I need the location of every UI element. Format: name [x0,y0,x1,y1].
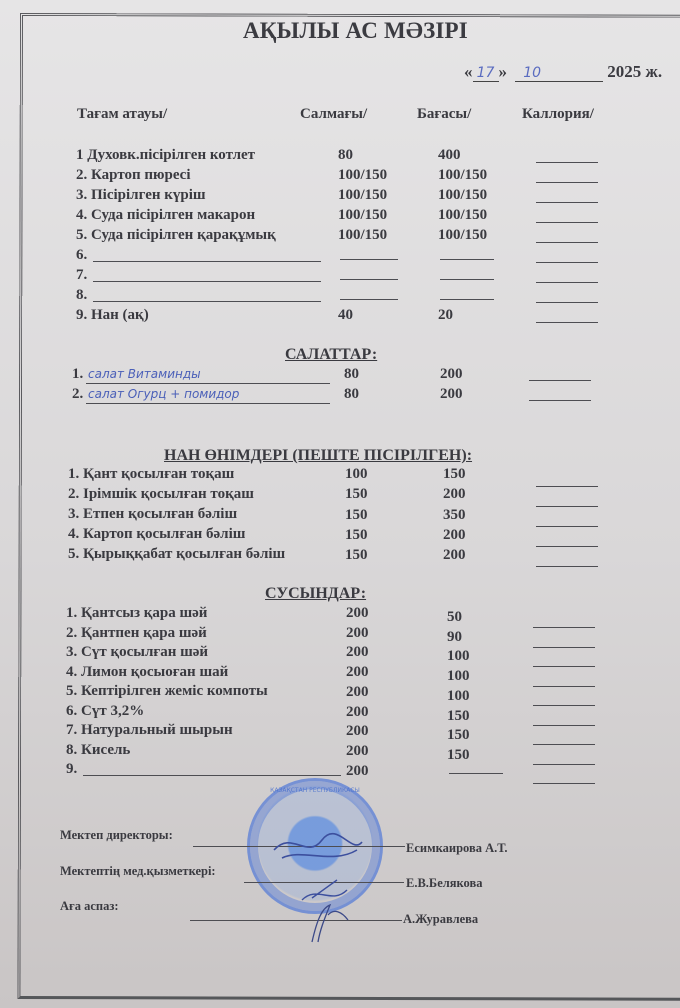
item-name: 4. Суда пісірілген макарон [76,207,255,224]
item-name: 1. Қантсыз қара шәй [66,605,207,622]
item-weight-blank [340,259,398,260]
date-month: 10 [515,65,603,82]
item-weight: 150 [345,527,368,544]
item-name: 5. Суда пісірілген қарақұмық [76,227,276,244]
item-price: 100/150 [438,167,487,184]
signature-name-medic: Е.В.Белякова [406,876,483,891]
item-weight: 200 [346,723,369,740]
close-quote: » [499,62,508,81]
drinks-heading: СУСЫНДАР: [265,585,366,603]
item-price-blank [440,259,494,260]
signature-role-chef: Аға аспаз: [60,899,119,914]
column-header-calories: Каллория/ [522,106,594,123]
handwritten-signatures [262,820,382,950]
item-name: 3. Пісірілген күріш [76,187,206,204]
item-calories-blank [536,506,598,507]
item-price: 90 [447,629,462,646]
item-price: 200 [443,547,466,564]
item-calories-blank [533,627,595,628]
item-name-blank [93,281,321,282]
item-weight: 200 [346,605,369,622]
item-name: 3. Етпен қосылған бәліш [68,506,237,523]
signature-name-director: Есимкаирова А.Т. [406,841,507,856]
item-calories-blank [533,705,595,706]
signature-name-chef: А.Журавлева [403,912,478,927]
item-calories-blank [536,202,598,203]
item-name: 1. Қант қосылған тоқаш [68,466,234,483]
item-calories-blank [536,486,598,487]
item-price: 150 [443,466,466,483]
item-calories-blank [533,686,595,687]
item-weight: 200 [346,625,369,642]
item-calories-blank [536,282,598,283]
item-weight: 40 [338,307,353,324]
item-weight: 100/150 [338,207,387,224]
item-name-blank [83,775,341,776]
item-name: 2. Қантпен қара шәй [66,625,207,642]
item-name: 3. Сүт қосылған шәй [66,644,208,661]
bakery-heading: НАН ӨНІМДЕРІ (ПЕШТЕ ПІСІРІЛГЕН): [164,447,472,465]
item-name: 4. Картоп қосылған бәліш [68,526,245,543]
item-number: 7. [76,267,87,284]
item-calories-blank [533,764,595,765]
item-price: 200 [440,366,463,383]
item-weight: 80 [344,386,359,403]
document-title: АҚЫЛЫ АС МӘЗІРІ [243,18,468,44]
item-calories-blank [529,400,591,401]
item-calories-blank [529,380,591,381]
item-price: 50 [447,609,462,626]
column-header-price: Бағасы/ [417,106,471,123]
item-price: 200 [443,527,466,544]
item-name: 9. Нан (ақ) [76,307,149,324]
item-calories-blank [536,222,598,223]
item-name: 6. Сүт 3,2% [66,703,144,720]
item-weight: 150 [345,507,368,524]
item-price: 100 [447,688,470,705]
item-weight: 200 [346,743,369,760]
item-price: 100 [447,648,470,665]
item-number: 9. [66,761,77,778]
item-weight: 200 [346,704,369,721]
item-price: 200 [440,386,463,403]
item-weight: 80 [344,366,359,383]
date-day: 17 [473,65,499,82]
date-year: 2025 ж. [607,62,662,81]
open-quote: « [464,62,473,81]
item-name-underline [86,383,330,384]
item-number: 8. [76,287,87,304]
item-weight: 200 [346,644,369,661]
item-price: 400 [438,147,461,164]
item-calories-blank [533,666,595,667]
item-price: 150 [447,708,470,725]
column-header-weight: Салмағы/ [300,106,367,123]
item-name: 2. Картоп пюресі [76,167,191,184]
item-calories-blank [536,566,598,567]
item-price: 350 [443,507,466,524]
item-price-blank [449,773,503,774]
signature-role-medic: Мектептің мед.қызметкері: [60,864,216,879]
signature-role-director: Мектеп директоры: [60,828,173,843]
item-weight-blank [340,279,398,280]
item-price: 100/150 [438,227,487,244]
item-name: 1 Духовк.пісірілген котлет [76,147,255,164]
item-weight-blank [340,299,398,300]
item-price: 150 [447,747,470,764]
item-weight: 150 [345,547,368,564]
item-price: 100/150 [438,187,487,204]
item-weight: 200 [346,664,369,681]
item-weight: 200 [346,763,369,780]
item-weight: 100/150 [338,167,387,184]
item-name: 4. Лимон қосыоған шай [66,664,228,681]
item-calories-blank [536,182,598,183]
item-price: 200 [443,486,466,503]
item-calories-blank [536,546,598,547]
item-weight: 80 [338,147,353,164]
item-weight: 100/150 [338,187,387,204]
item-price: 100/150 [438,207,487,224]
item-calories-blank [533,725,595,726]
item-number: 6. [76,247,87,264]
item-weight: 150 [345,486,368,503]
item-calories-blank [536,262,598,263]
item-calories-blank [536,302,598,303]
item-price-blank [440,299,494,300]
item-calories-blank [533,783,595,784]
item-calories-blank [536,162,598,163]
item-name-blank [93,261,321,262]
item-price-blank [440,279,494,280]
item-price: 150 [447,727,470,744]
item-name: 5. Қырыққабат қосылған бәліш [68,546,285,563]
item-name: 5. Кептірілген жеміс компоты [66,683,268,700]
item-name: 2. Ірімшік қосылған тоқаш [68,486,254,503]
column-header-name: Тағам атауы/ [77,106,167,123]
item-weight: 200 [346,684,369,701]
item-number: 2. [72,386,83,403]
item-name: 8. Кисель [66,742,130,759]
item-name: 7. Натуральный шырын [66,722,233,739]
item-name-handwritten: салат Огурц + помидор [88,387,239,401]
item-price: 20 [438,307,453,324]
item-calories-blank [533,744,595,745]
item-price: 100 [447,668,470,685]
date-line: «17» 102025 ж. [464,62,662,82]
item-name-underline [86,403,330,404]
stamp-text: ҚАЗАҚСТАН РЕСПУБЛИКАСЫ [250,787,380,794]
item-calories-blank [536,322,598,323]
item-calories-blank [536,526,598,527]
item-calories-blank [536,242,598,243]
item-name-handwritten: салат Витаминды [88,367,201,381]
item-weight: 100 [345,466,368,483]
item-weight: 100/150 [338,227,387,244]
item-calories-blank [533,647,595,648]
salads-heading: САЛАТТАР: [285,346,377,364]
item-number: 1. [72,366,83,383]
item-name-blank [93,301,321,302]
